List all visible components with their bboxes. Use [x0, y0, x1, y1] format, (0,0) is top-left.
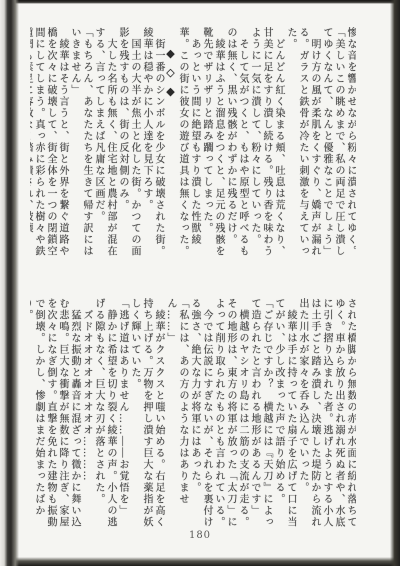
paragraph: 国土の大半が焦土と化した街。かつての面影を残すものは、街の反対側のみ。	[116, 27, 140, 260]
paragraph: 大した名所も無く、住宅地と農村部が混在する、言ってしまえば凡庸な区画だ。	[92, 27, 116, 260]
page-number: 180	[0, 530, 400, 541]
paragraph: あっという間に絶望もすり潰した性獣綾華。この街に彼女の遊び道具は無くなった。	[176, 27, 200, 260]
paragraph: 「逃げ道はありません……――お覚悟を」	[116, 298, 128, 531]
paragraph: 今では伝説にすぎないが、それらを裏付ける強さ、絶大な力が将軍にはあった。	[188, 298, 212, 531]
paragraph: 「美しいこの眺めまで、私の両足で圧し潰してゆくなんて、なんと優雅なことでしょう」	[320, 27, 344, 260]
paragraph: 綾華はそう言うと、街と外界を繋ぐ道路や橋を次々に破壊して、街全体を一つの閉鎖空間…	[30, 27, 68, 260]
paragraph: ズドオオオオオオオオオ…………	[80, 298, 92, 531]
paragraph: 「もちろん、あなたたちを生きて帰す訳にはいきません」	[68, 27, 92, 260]
page-edge-shadow-top	[0, 0, 400, 4]
paragraph: 綾華はふうと溜息をつくと、足元の残骸を靴先でザリザリと踏み躙ってしまった。	[200, 27, 224, 260]
paragraph: 綾華は手に持っていた扇子を広げて口に当てがい、少し改まった声で語り始める。	[272, 298, 296, 531]
text-tier-top: 惨な音を響かせながら粉々に潰されてゆく。 「美しいこの眺めまで、私の両足で圧し潰…	[30, 27, 356, 260]
paragraph: 横越のヤシオリ島には二筋の支流が走る。その地形は、東方の将軍が放った「太刀」によ…	[212, 298, 248, 531]
paragraph: どんどん紅く染まる頬、吐息は荒くなり、甘美に足をすり潰し続ける。残り香を味わうよ…	[248, 27, 284, 260]
paragraph: 惨な音を響かせながら粉々に潰されてゆく。	[344, 27, 356, 260]
book-page-scan: 惨な音を響かせながら粉々に潰されてゆく。 「美しいこの眺めまで、私の両足で圧し潰…	[0, 0, 400, 566]
page-edge-shadow-bottom	[0, 557, 400, 566]
page-edge-shadow-right	[390, 0, 400, 566]
text-tier-bottom: された橋脚から無数の赤が水面に紛れ落ちてゆく。車から放り出され溺れ死ぬ者や、水底…	[30, 298, 356, 531]
paragraph: 静かに希望を切り裂く綾華の声。小人の逃げる隙もなく、巨大な刃が落とされた。	[92, 298, 116, 531]
paragraph: そして気がつくと、もはや原型と呼べるものは無く、黒い残骸がわずかに残るだけ。	[224, 27, 248, 260]
paragraph: 猛烈な振動と轟音に混ざって微かに舞い込む悲鳴。巨大な衝撃が無数に降り注ぎ、家屋を…	[30, 298, 80, 531]
section-divider-diamonds: ◆◇◆	[164, 27, 176, 260]
paragraph: された橋脚から無数の赤が水面に紛れ落ちてゆく。車から放り出され溺れ死ぬ者や、水底…	[296, 298, 356, 531]
paragraph: 明け方の風が柔肌をくすぐり、嬌声が漏れる。ガラスと鉄骨が冷たい刺激を与えていった…	[284, 27, 320, 260]
paragraph: 「ご存じですか？ 横越には『天刀』によって造られたと言われる地形があるんです」	[248, 298, 272, 531]
page-edge-shadow-left	[0, 0, 19, 566]
paragraph: 街一番のシンボルを少女に破壊された街。綾華は穏やかに小人達を見下ろす。	[140, 27, 164, 260]
paragraph: 綾華がクスクスと嗤い始める。右足を高く持ち上げる。万物を押し潰す巨大な薬指が妖し…	[128, 298, 164, 531]
paragraph: 「私には、あの方のような力はありません……」	[164, 298, 188, 531]
